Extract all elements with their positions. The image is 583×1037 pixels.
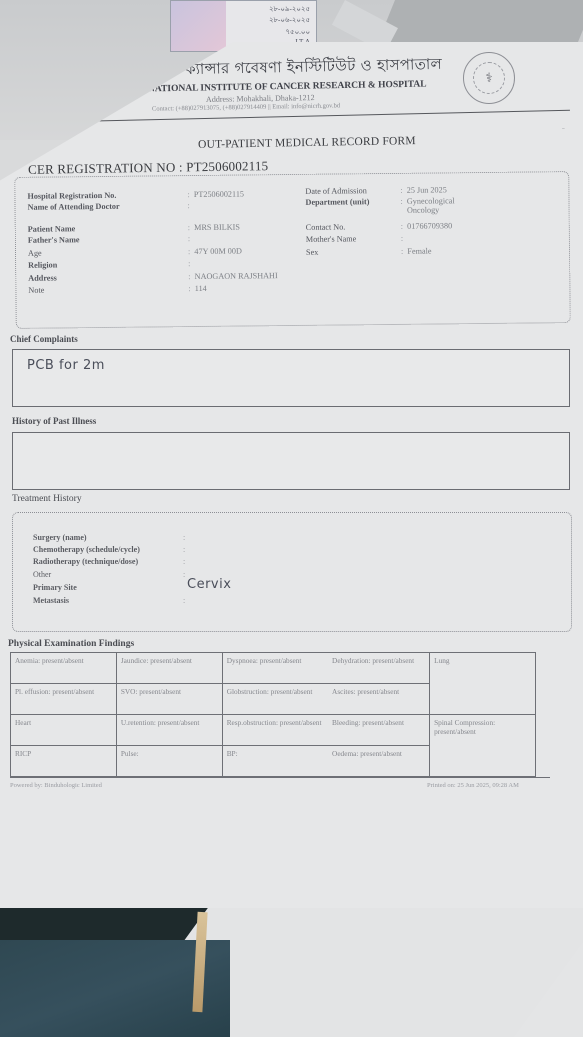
colon: : <box>188 259 190 268</box>
table-cell: Dyspnoea: present/absent <box>222 653 328 684</box>
info-label: Father's Name <box>28 234 188 245</box>
medical-record-sheet: জাতীয় ক্যান্সার গবেষণা ইনস্টিটিউট ও হাস… <box>0 42 583 908</box>
physical-exam-label: Physical Examination Findings <box>8 639 134 649</box>
info-row-religion: Religion: <box>28 259 190 270</box>
receipt-stamp <box>171 1 226 51</box>
info-label: Hospital Registration No. <box>27 190 187 201</box>
info-value: Female <box>407 247 431 256</box>
table-cell: Pl. effusion: present/absent <box>11 684 117 715</box>
info-row-contact: Contact No.: 01766709380 <box>306 221 452 232</box>
info-row-hospital-reg: Hospital Registration No.: PT2506002115 <box>27 190 244 201</box>
treatment-history-box: Surgery (name) : Chemotherapy (schedule/… <box>12 512 572 632</box>
info-label: Address <box>28 272 188 283</box>
powered-by-text: Powered by: Binduhologic Limited <box>10 782 102 789</box>
table-cell: Globstruction: present/absent <box>222 684 328 715</box>
info-label: Date of Admission <box>305 186 400 196</box>
info-value: Gynecological Oncology <box>407 196 477 215</box>
info-value: PT2506002115 <box>194 190 244 200</box>
info-row-note: Note: 114 <box>28 284 206 295</box>
info-value: 01766709380 <box>407 221 452 230</box>
receipt-row: ৭৫০.০০ <box>286 26 311 38</box>
treatment-label-primary-site: Primary Site <box>33 583 77 592</box>
photo-background-surface <box>377 0 583 45</box>
info-value: MRS BILKIS <box>194 223 240 232</box>
table-cell: Ascites: present/absent <box>328 684 430 715</box>
chief-complaints-label: Chief Complaints <box>10 334 78 344</box>
info-value: 47Y 00M 00D <box>194 247 242 256</box>
institute-seal-icon: ⚕ <box>463 52 515 104</box>
form-title: OUT-PATIENT MEDICAL RECORD FORM <box>198 135 416 151</box>
table-cell: Heart <box>11 715 117 746</box>
colon: : <box>183 533 185 542</box>
table-cell: RICP <box>11 746 117 777</box>
seal-emblem-icon: ⚕ <box>473 62 505 94</box>
info-row-sex: Sex: Female <box>306 247 432 257</box>
info-row-patient-name: Patient Name: MRS BILKIS <box>28 223 240 234</box>
treatment-label-metastasis: Metastasis <box>33 596 69 605</box>
info-row-doctor: Name of Attending Doctor: <box>27 201 189 212</box>
table-row: Heart U.retention: present/absent Resp.o… <box>11 715 536 746</box>
institute-contact: Contact: (+88)027913075, (+88)027914409 … <box>152 102 340 112</box>
info-label: Department (unit) <box>305 197 400 207</box>
info-row-department: Department (unit): Gynecological Oncolog… <box>305 196 505 216</box>
treatment-label-chemotherapy: Chemotherapy (schedule/cycle) <box>33 545 140 554</box>
physical-exam-table: Anemia: present/absent Jaundice: present… <box>10 652 536 777</box>
corner-mark: ~ <box>562 127 565 132</box>
history-past-illness-box[interactable] <box>12 432 570 490</box>
table-cell: Anemia: present/absent <box>11 653 117 684</box>
treatment-label-surgery: Surgery (name) <box>33 533 87 542</box>
table-cell: U.retention: present/absent <box>116 715 222 746</box>
info-label: Sex <box>306 247 401 257</box>
info-label: Patient Name <box>28 223 188 234</box>
table-cell: Bleeding: present/absent <box>328 715 430 746</box>
chief-complaints-handwriting: PCB for 2m <box>27 358 105 373</box>
table-cell: Pulse: <box>116 746 222 777</box>
table-row: Anemia: present/absent Jaundice: present… <box>11 653 536 684</box>
colon: : <box>183 545 185 554</box>
treatment-label-other: Other <box>33 570 51 579</box>
colon: : <box>183 557 185 566</box>
table-cell: Resp.obstruction: present/absent <box>222 715 328 746</box>
table-cell: Jaundice: present/absent <box>116 653 222 684</box>
table-cell: BP: <box>222 746 328 777</box>
table-cell: Spinal Compression: present/absent <box>430 715 536 777</box>
table-cell: Lung <box>430 653 536 715</box>
table-cell: SVO: present/absent <box>116 684 222 715</box>
info-row-admission-date: Date of Admission: 25 Jun 2025 <box>305 185 446 195</box>
info-label: Religion <box>28 259 188 270</box>
primary-site-handwriting: Cervix <box>187 577 231 592</box>
table-cell: Dehydration: present/absent <box>328 653 430 684</box>
info-label: Age <box>28 247 188 258</box>
treatment-label-radiotherapy: Radiotherapy (technique/dose) <box>33 557 138 566</box>
info-label: Contact No. <box>306 222 401 232</box>
info-value: 25 Jun 2025 <box>407 185 447 194</box>
info-row-father-name: Father's Name: <box>28 234 190 245</box>
info-value: NAOGAON RAJSHAHI <box>195 271 278 281</box>
info-row-mother-name: Mother's Name: <box>306 234 403 244</box>
colon: : <box>183 570 185 579</box>
info-label: Name of Attending Doctor <box>27 201 187 212</box>
info-label: Note <box>28 284 188 295</box>
printed-on-text: Printed on: 25 Jun 2025, 09:28 AM <box>427 782 519 789</box>
info-row-address: Address: NAOGAON RAJSHAHI <box>28 271 277 283</box>
colon: : <box>187 201 189 210</box>
patient-info-box: Hospital Registration No.: PT2506002115 … <box>14 171 571 329</box>
treatment-history-label: Treatment History <box>12 494 82 504</box>
table-cell: Oedema: present/absent <box>328 746 430 777</box>
colon: : <box>183 596 185 605</box>
colon: : <box>188 234 190 243</box>
footer-divider <box>10 777 550 778</box>
info-row-age: Age: 47Y 00M 00D <box>28 247 242 258</box>
chief-complaints-box[interactable]: PCB for 2m <box>12 349 570 407</box>
info-value: 114 <box>195 284 207 293</box>
colon: : <box>401 234 403 243</box>
receipt-row: ২৮-০৬-২০২৫ <box>269 14 310 26</box>
history-past-illness-label: History of Past Illness <box>12 416 96 426</box>
info-label: Mother's Name <box>306 234 401 244</box>
